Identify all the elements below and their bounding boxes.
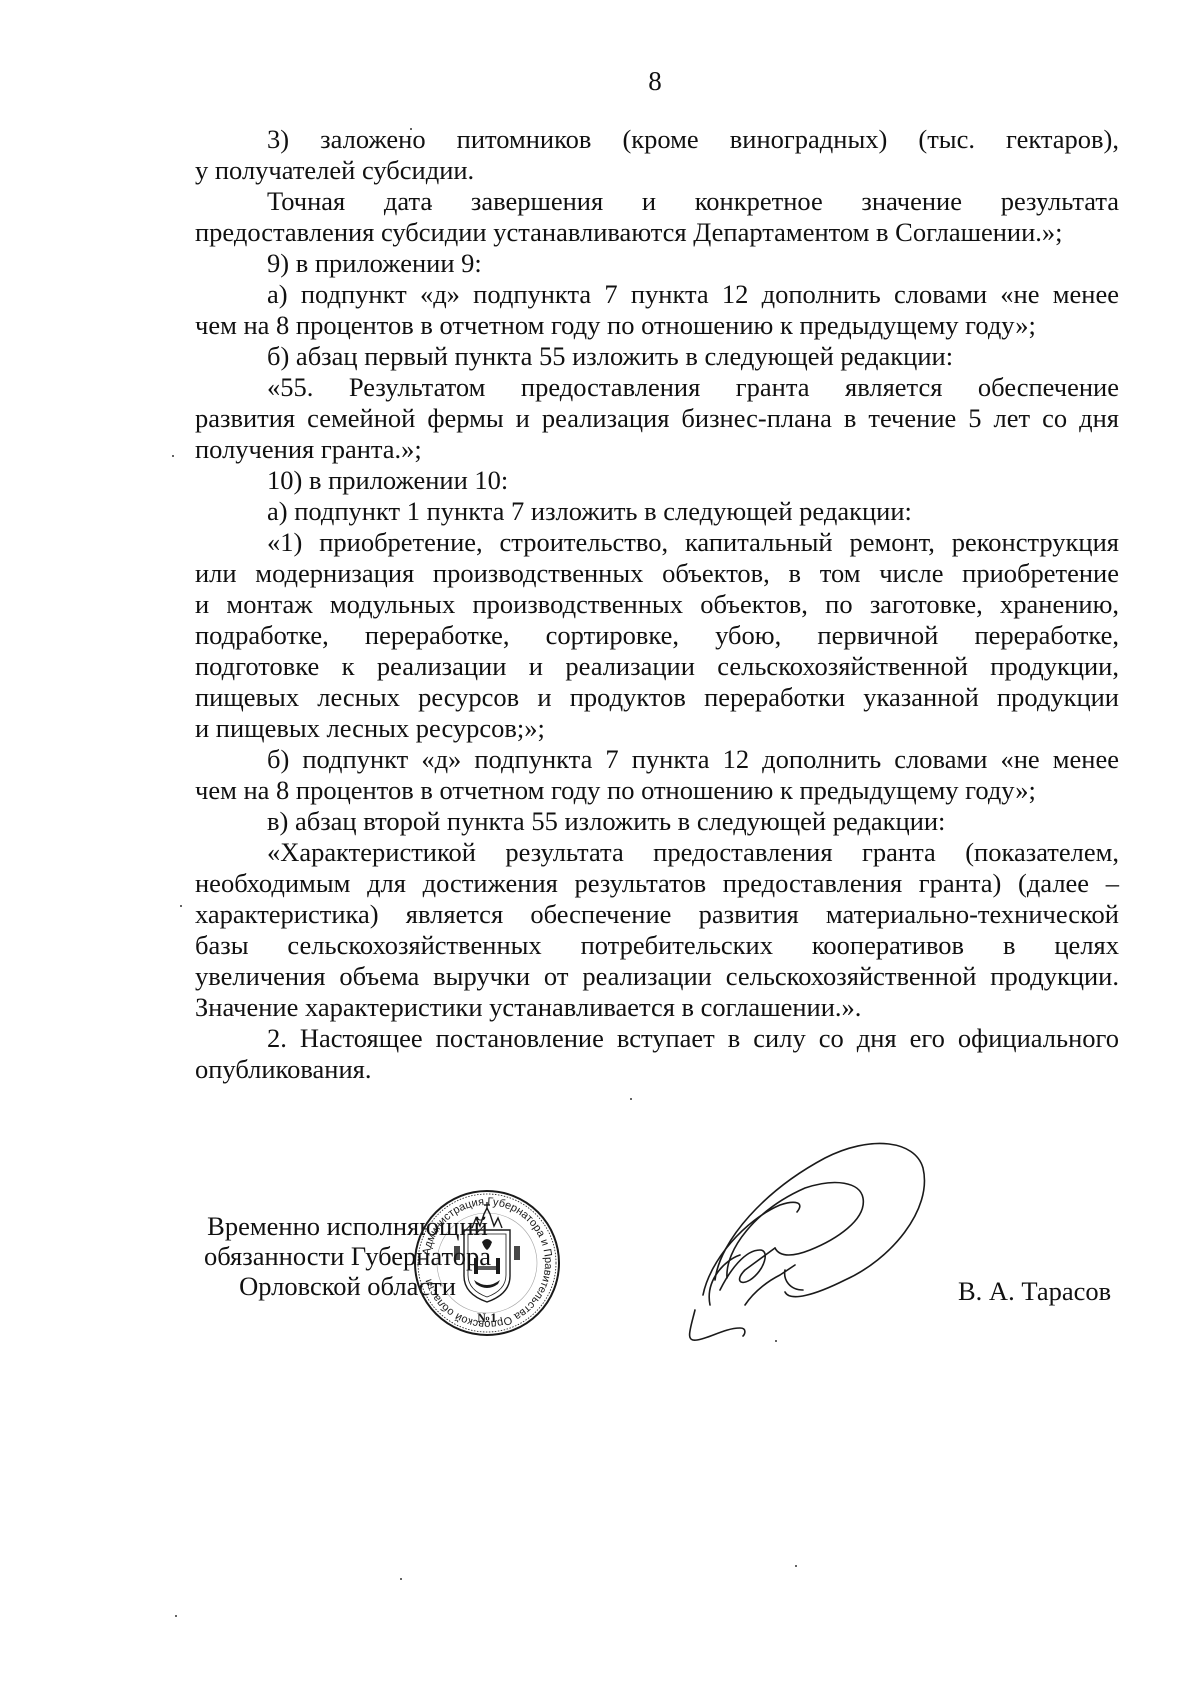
svg-text:№1: №1 — [477, 1310, 497, 1325]
body-line: а) подпункт 1 пункта 7 изложить в следую… — [195, 496, 1119, 527]
body-line: пищевых лесных ресурсов и продуктов пере… — [195, 682, 1119, 713]
document-page: 8 3) заложено питомников (кроме виноград… — [0, 0, 1200, 1694]
body-line: Значение характеристики устанавливается … — [195, 992, 1119, 1023]
scan-speck — [775, 1340, 777, 1342]
scan-speck — [795, 1565, 797, 1567]
body-line: 2. Настоящее постановление вступает в си… — [195, 1023, 1119, 1054]
body-line: «Характеристикой результата предоставлен… — [195, 837, 1119, 868]
body-line: увеличения объема выручки от реализации … — [195, 961, 1119, 992]
body-line: «1) приобретение, строительство, капитал… — [195, 527, 1119, 558]
body-line: предоставления субсидии устанавливаются … — [195, 217, 1119, 248]
document-body: 3) заложено питомников (кроме виноградны… — [195, 124, 1119, 1085]
scan-speck — [400, 1578, 402, 1580]
body-line: б) абзац первый пункта 55 изложить в сле… — [195, 341, 1119, 372]
body-line: необходимым для достижения результатов п… — [195, 868, 1119, 899]
body-line: и монтаж модульных производственных объе… — [195, 589, 1119, 620]
signer-name: В. А. Тарасов — [958, 1276, 1111, 1306]
body-line: у получателей субсидии. — [195, 155, 1119, 186]
body-line: или модернизация производственных объект… — [195, 558, 1119, 589]
body-line: развития семейной фермы и реализация биз… — [195, 403, 1119, 434]
scan-speck — [172, 455, 174, 457]
body-line: характеристика) является обеспечение раз… — [195, 899, 1119, 930]
body-line: в) абзац второй пункта 55 изложить в сле… — [195, 806, 1119, 837]
body-line: и пищевых лесных ресурсов;»; — [195, 713, 1119, 744]
body-line: базы сельскохозяйственных потребительски… — [195, 930, 1119, 961]
body-line: чем на 8 процентов в отчетном году по от… — [195, 775, 1119, 806]
page-number: 8 — [640, 66, 670, 96]
body-line: а) подпункт «д» подпункта 7 пункта 12 до… — [195, 279, 1119, 310]
body-line: б) подпункт «д» подпункта 7 пункта 12 до… — [195, 744, 1119, 775]
body-line: получения гранта.»; — [195, 434, 1119, 465]
scan-speck — [175, 1615, 177, 1617]
scan-speck — [630, 1098, 632, 1100]
body-line: подготовке к реализации и реализации сел… — [195, 651, 1119, 682]
body-line: 3) заложено питомников (кроме виноградны… — [195, 124, 1119, 155]
body-line: чем на 8 процентов в отчетном году по от… — [195, 310, 1119, 341]
scan-speck — [180, 905, 182, 907]
scan-speck — [430, 205, 432, 207]
body-line: опубликования. — [195, 1054, 1119, 1085]
body-line: «55. Результатом предоставления гранта я… — [195, 372, 1119, 403]
body-line: Точная дата завершения и конкретное знач… — [195, 186, 1119, 217]
official-stamp-icon: Администрация Губернатора и Правительств… — [412, 1188, 562, 1338]
handwritten-signature-icon — [685, 1130, 935, 1345]
body-line: 10) в приложении 10: — [195, 465, 1119, 496]
body-line: подработке, переработке, сортировке, убо… — [195, 620, 1119, 651]
body-line: 9) в приложении 9: — [195, 248, 1119, 279]
scan-speck — [410, 128, 412, 130]
